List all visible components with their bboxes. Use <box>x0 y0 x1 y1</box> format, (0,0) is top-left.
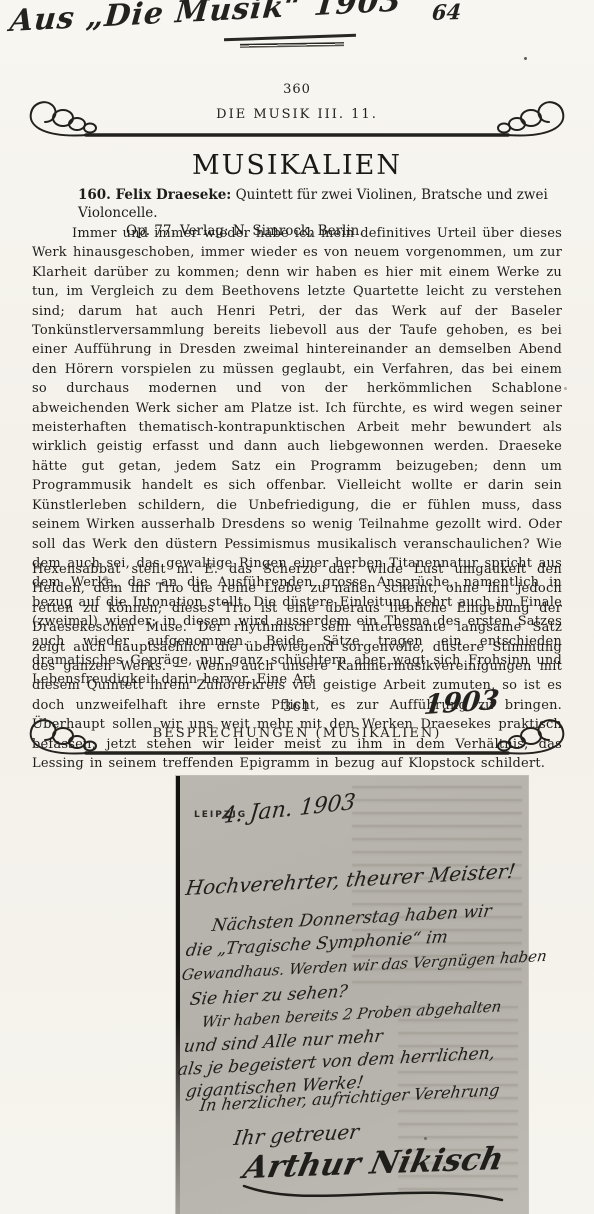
letter-date: 4. Jan. 1903 <box>221 790 357 829</box>
letter-signoff: Ihr getreuer <box>232 1119 360 1150</box>
page-number-361: 361 <box>0 700 594 715</box>
journal-title-line: BESPRECHUNGEN (MUSIKALIEN) <box>0 726 594 741</box>
letter-line: Nächsten Donnerstag haben wir <box>211 901 493 936</box>
journal-title-line: DIE MUSIK III. 11. <box>0 107 594 122</box>
handwritten-sheet-number: 64 <box>431 0 462 25</box>
scanned-page: Aus „Die Musik“ 1903 64 360 DIE MUSIK II… <box>0 0 594 1214</box>
handwritten-underline <box>224 34 356 41</box>
page-number-360: 360 <box>0 82 594 97</box>
scan-noise <box>524 57 527 60</box>
entry-number-author: 160. Felix Draeseke: <box>78 187 231 203</box>
section-title: MUSIKALIEN <box>0 150 594 181</box>
letter-scan: LEIPZIG 4. Jan. 1903 Hochverehrter, theu… <box>176 776 528 1214</box>
letter-left-edge <box>176 776 180 1214</box>
letter-salutation: Hochverehrter, theurer Meister! <box>184 859 517 900</box>
scroll-flourish-rule <box>22 96 572 148</box>
handwritten-underline <box>240 42 344 48</box>
signature-flourish <box>240 1180 510 1214</box>
